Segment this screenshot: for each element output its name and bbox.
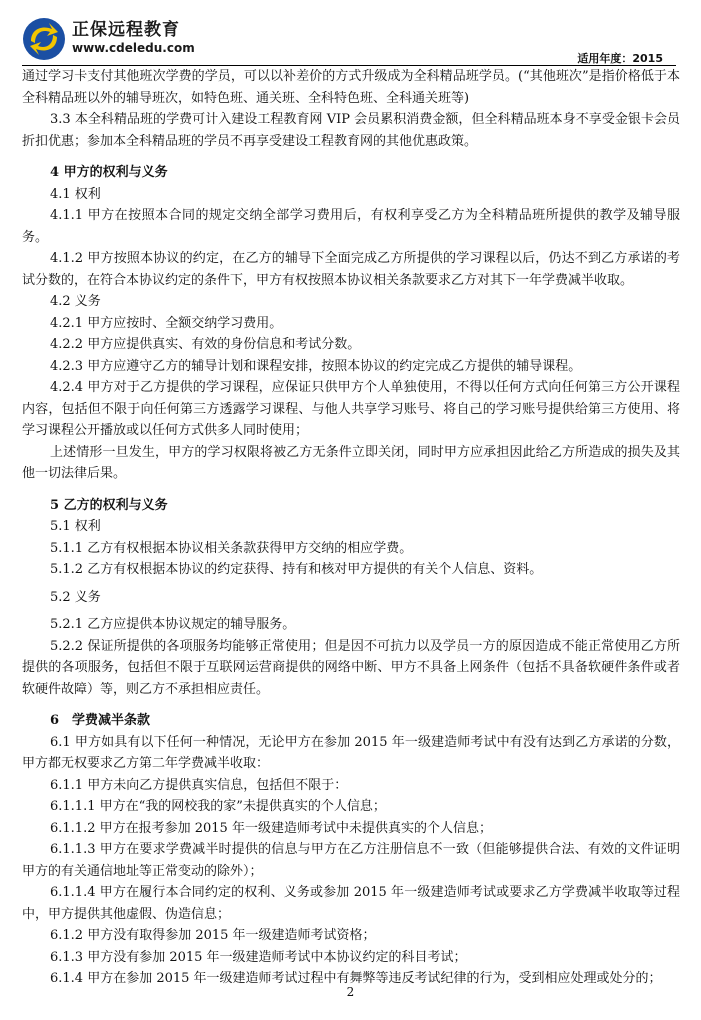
clause-6-1-1-2: 6.1.1.2 甲方在报考参加 2015 年一级建造师考试中未提供真实的个人信息… [22, 818, 680, 840]
document-body: 通过学习卡支付其他班次学费的学员，可以以补差价的方式升级成为全科精品班学员。(“… [22, 66, 680, 990]
section-4-heading: 4 甲方的权利与义务 [22, 162, 680, 184]
clause-6-1-2: 6.1.2 甲方没有取得参加 2015 年一级建造师考试资格； [22, 925, 680, 947]
applicable-year: 适用年度：2015 [577, 50, 663, 66]
clause-5-2-2: 5.2.2 保证所提供的各项服务均能够正常使用；但是因不可抗力以及学员一方的原因… [22, 636, 680, 701]
clause-5-2-1: 5.2.1 乙方应提供本协议规定的辅导服务。 [22, 614, 680, 636]
clause-4-2: 4.2 义务 [22, 291, 680, 313]
clause-5-1-1: 5.1.1 乙方有权根据本协议相关条款获得甲方交纳的相应学费。 [22, 538, 680, 560]
clause-5-2: 5.2 义务 [22, 587, 680, 609]
brand-url: www.cdeledu.com [72, 40, 195, 56]
clause-4-2-4-consequence: 上述情形一旦发生，甲方的学习权限将被乙方无条件立即关闭，同时甲方应承担因此给乙方… [22, 442, 680, 485]
clause-5-1: 5.1 权利 [22, 516, 680, 538]
clause-4-1-2: 4.1.2 甲方按照本协议的约定，在乙方的辅导下全面完成乙方所提供的学习课程以后… [22, 248, 680, 291]
clause-4-2-1: 4.2.1 甲方应按时、全额交纳学习费用。 [22, 313, 680, 335]
clause-6-1-1: 6.1.1 甲方未向乙方提供真实信息，包括但不限于： [22, 775, 680, 797]
clause-4-1: 4.1 权利 [22, 184, 680, 206]
clause-4-2-2: 4.2.2 甲方应提供真实、有效的身份信息和考试分数。 [22, 334, 680, 356]
clause-6-1: 6.1 甲方如具有以下任何一种情况，无论甲方在参加 2015 年一级建造师考试中… [22, 732, 680, 775]
clause-6-1-1-4: 6.1.1.4 甲方在履行本合同约定的权利、义务或参加 2015 年一级建造师考… [22, 882, 680, 925]
clause-5-1-2: 5.1.2 乙方有权根据本协议的约定获得、持有和核对甲方提供的有关个人信息、资料… [22, 559, 680, 581]
paragraph: 通过学习卡支付其他班次学费的学员，可以以补差价的方式升级成为全科精品班学员。(“… [22, 66, 680, 109]
clause-4-1-1: 4.1.1 甲方在按照本合同的规定交纳全部学习费用后，有权利享受乙方为全科精品班… [22, 205, 680, 248]
cdeledu-logo-icon [22, 17, 66, 61]
brand: 正保远程教育 www.cdeledu.com [72, 20, 195, 56]
clause-4-2-3: 4.2.3 甲方应遵守乙方的辅导计划和课程安排，按照本协议的约定完成乙方提供的辅… [22, 356, 680, 378]
section-5-heading: 5 乙方的权利与义务 [22, 495, 680, 517]
clause-6-1-1-1: 6.1.1.1 甲方在“我的网校我的家”未提供真实的个人信息； [22, 796, 680, 818]
page-header: 正保远程教育 www.cdeledu.com 适用年度：2015 [0, 0, 701, 66]
brand-name: 正保远程教育 [72, 20, 195, 40]
clause-4-2-4: 4.2.4 甲方对于乙方提供的学习课程，应保证只供甲方个人单独使用，不得以任何方… [22, 377, 680, 442]
page-number: 2 [0, 985, 701, 999]
clause-3-3: 3.3 本全科精品班的学费可计入建设工程教育网 VIP 会员累积消费金额，但全科… [22, 109, 680, 152]
section-6-heading: 6 学费减半条款 [22, 710, 680, 732]
clause-6-1-3: 6.1.3 甲方没有参加 2015 年一级建造师考试中本协议约定的科目考试； [22, 947, 680, 969]
clause-6-1-1-3: 6.1.1.3 甲方在要求学费减半时提供的信息与甲方在乙方注册信息不一致（但能够… [22, 839, 680, 882]
